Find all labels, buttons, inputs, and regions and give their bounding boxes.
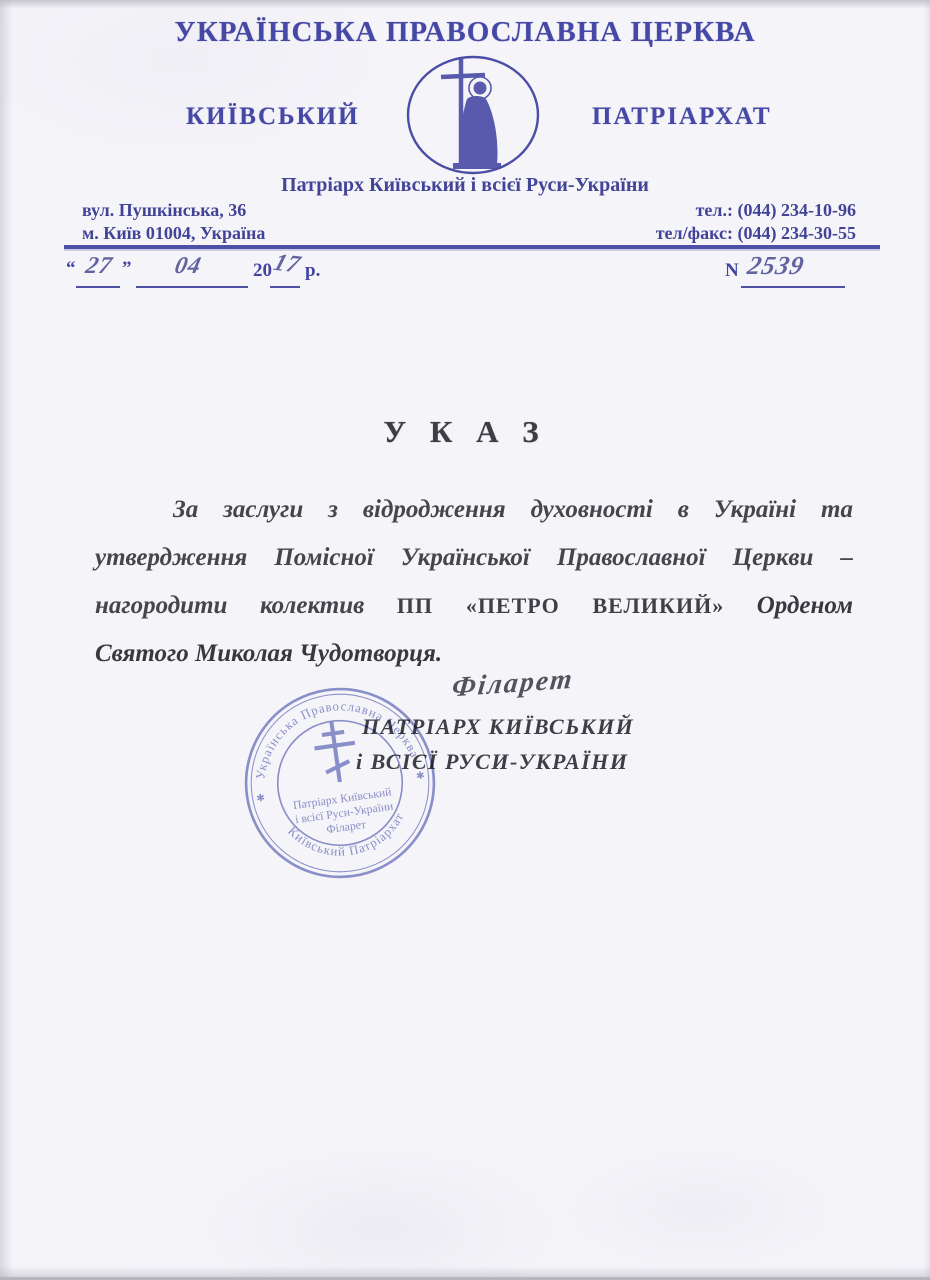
date-day-handwritten: 27 xyxy=(83,253,115,280)
date-year-print: 20 xyxy=(253,260,272,282)
doc-number-label: N xyxy=(725,260,739,282)
address-line-2: м. Київ 01004, Україна xyxy=(82,222,265,245)
decree-company-name: ПП «ПЕТРО ВЕЛИКИЙ» xyxy=(397,593,724,618)
date-day-underline xyxy=(76,286,120,288)
phone-line: тел.: (044) 234-10-96 xyxy=(656,199,856,222)
st-volodymyr-emblem-icon xyxy=(403,53,543,177)
fax-line: тел/факс: (044) 234-30-55 xyxy=(656,222,856,245)
scanned-decree-document: УКРАЇНСЬКА ПРАВОСЛАВНА ЦЕРКВА КИЇВСЬКИЙ … xyxy=(0,0,930,1280)
phone-block: тел.: (044) 234-10-96 тел/факс: (044) 23… xyxy=(656,199,856,245)
decree-line-2: утвердження Помісної Української Правосл… xyxy=(95,534,853,582)
date-year-suffix: р. xyxy=(305,260,320,282)
patriarchate-word-right: ПАТРІАРХАТ xyxy=(592,103,772,131)
address-line-1: вул. Пушкінська, 36 xyxy=(82,199,265,222)
scan-edge-top xyxy=(0,0,930,9)
orthodox-cross-icon xyxy=(311,719,360,785)
patriarch-subtitle: Патріарх Київський і всієї Руси-України xyxy=(0,174,930,197)
stamp-separator-left: ✱ xyxy=(256,793,266,805)
decree-body: За заслуги з відродження духовності в Ук… xyxy=(95,486,853,678)
decree-line-1: За заслуги з відродження духовності в Ук… xyxy=(95,486,853,534)
date-open-quote: “ xyxy=(66,258,76,280)
address-block: вул. Пушкінська, 36 м. Київ 01004, Украї… xyxy=(82,199,265,245)
scan-edge-bottom xyxy=(0,1266,930,1280)
official-round-stamp: Українська Православна Церква Київський … xyxy=(228,671,452,895)
stamp-separator-right: ✱ xyxy=(415,770,425,782)
doc-number-underline xyxy=(741,286,845,288)
decree-title: У К А З xyxy=(0,414,930,450)
letterhead-divider xyxy=(64,245,880,249)
date-close-quote: ” xyxy=(122,258,132,280)
doc-number-handwritten: 2539 xyxy=(745,251,807,281)
date-year-handwritten: 17 xyxy=(270,250,304,280)
church-name-heading: УКРАЇНСЬКА ПРАВОСЛАВНА ЦЕРКВА xyxy=(0,16,930,49)
decree-line-3: нагородити колектив ПП «ПЕТРО ВЕЛИКИЙ» О… xyxy=(95,582,853,630)
date-month-handwritten: 04 xyxy=(172,253,204,280)
date-year-underline xyxy=(270,286,300,288)
patriarchate-word-left: КИЇВСЬКИЙ xyxy=(186,103,360,131)
decree-line-3-script: нагородити колектив xyxy=(95,592,364,619)
date-month-underline xyxy=(136,286,248,288)
decree-line-3-bold: Орденом xyxy=(757,592,853,619)
